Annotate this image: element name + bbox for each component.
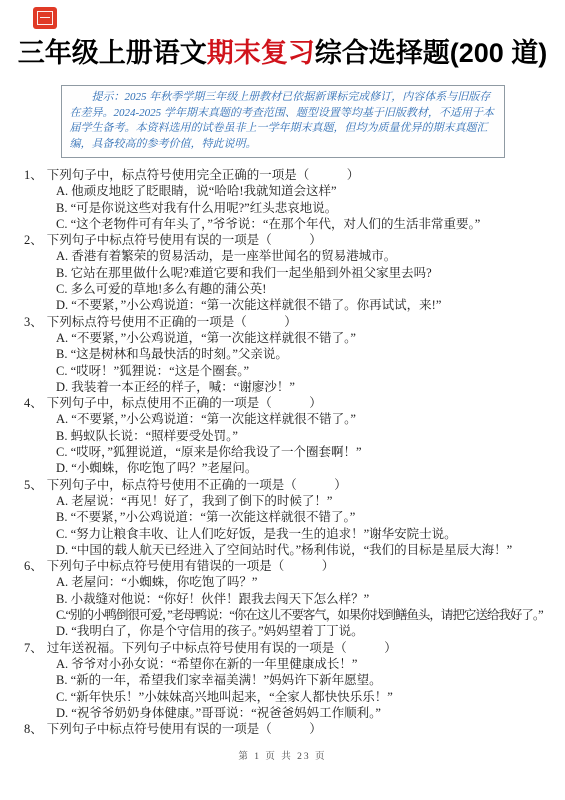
title-suffix: 综合选择题(200 道) bbox=[315, 38, 548, 68]
question-stem: 5、下列句子中，标点符号使用不正确的一项是（ ） bbox=[24, 477, 551, 493]
page-footer: 第 1 页 共 23 页 bbox=[0, 748, 565, 762]
title-prefix: 三年级上册语文 bbox=[18, 38, 207, 68]
answer-option: A. “不要紧，”小公鸡说道：“第一次能这样就很不错了。” bbox=[24, 411, 551, 427]
answer-option: C. “新年快乐！”小妹妹高兴地叫起来，“全家人都快快乐乐！” bbox=[24, 689, 551, 705]
question-block: 8、下列句子中标点符号使用有误的一项是（ ） bbox=[24, 721, 551, 737]
answer-option: B. “这是树林和鸟最快活的时刻。”父亲说。 bbox=[24, 346, 551, 362]
question-list: 1、下列句子中，标点符号使用完全正确的一项是（ ） A. 他顽皮地眨了眨眼睛，说… bbox=[24, 167, 551, 737]
question-stem: 1、下列句子中，标点符号使用完全正确的一项是（ ） bbox=[24, 167, 551, 183]
answer-option: D. “中国的载人航天已经进入了空间站时代。”杨利伟说，“我们的目标是星辰大海！… bbox=[24, 542, 551, 558]
question-block: 2、下列句子中标点符号使用有误的一项是（ ） A. 香港有着繁荣的贸易活动，是一… bbox=[24, 232, 551, 313]
question-stem: 2、下列句子中标点符号使用有误的一项是（ ） bbox=[24, 232, 551, 248]
answer-option: D. “不要紧，”小公鸡说道：“第一次能这样就很不错了。你再试试，来!” bbox=[24, 297, 551, 313]
answer-option: A. “不要紧，”小公鸡说道，“第一次能这样就很不错了。” bbox=[24, 330, 551, 346]
question-stem: 6、下列句子中标点符号使用有错误的一项是（ ） bbox=[24, 558, 551, 574]
question-stem: 7、过年送祝福。下列句子中标点符号使用有误的一项是（ ） bbox=[24, 640, 551, 656]
answer-option: B. “不要紧，”小公鸡说道：“第一次能这样就很不错了。” bbox=[24, 509, 551, 525]
answer-option: C. “哎呀，”狐狸说道，“原来是你给我设了一个圈套啊！” bbox=[24, 444, 551, 460]
answer-option: D. “祝爷爷奶奶身体健康。”哥哥说：“祝爸爸妈妈工作顺利。” bbox=[24, 705, 551, 721]
title-highlight: 期末复习 bbox=[207, 38, 315, 68]
question-block: 4、下列句子中，标点使用不正确的一项是（ ） A. “不要紧，”小公鸡说道：“第… bbox=[24, 395, 551, 476]
question-options: A. 爷爷对小孙女说：“希望你在新的一年里健康成长！”B. “新的一年，希望我们… bbox=[24, 656, 551, 721]
question-text: 下列标点符号使用不正确的一项是（ ） bbox=[47, 315, 297, 329]
question-text: 下列句子中，标点使用不正确的一项是（ ） bbox=[47, 396, 322, 410]
question-text: 下列句子中标点符号使用有错误的一项是（ ） bbox=[47, 559, 335, 573]
question-block: 1、下列句子中，标点符号使用完全正确的一项是（ ） A. 他顽皮地眨了眨眼睛，说… bbox=[24, 167, 551, 232]
question-options: A. “不要紧，”小公鸡说道：“第一次能这样就很不错了。”B. 蚂蚁队长说：“照… bbox=[24, 411, 551, 476]
question-number: 5、 bbox=[24, 478, 43, 492]
answer-option: B. 小裁缝对他说：“你好！伙伴！跟我去闯天下怎么样？” bbox=[24, 591, 551, 607]
answer-option: B. “新的一年，希望我们家幸福美满！”妈妈许下新年愿望。 bbox=[24, 672, 551, 688]
answer-option: B. 它站在那里做什么呢?难道它要和我们一起坐船到外祖父家里去吗? bbox=[24, 265, 551, 281]
question-text: 下列句子中标点符号使用有误的一项是（ ） bbox=[47, 233, 322, 247]
question-number: 4、 bbox=[24, 396, 43, 410]
worksheet-page: 三年级上册语文期末复习综合选择题(200 道) 提示：2025 年秋季学期三年级… bbox=[0, 38, 565, 762]
question-number: 2、 bbox=[24, 233, 43, 247]
seal-glyph-icon bbox=[37, 11, 53, 25]
answer-option: A. 老屋问：“小蜘蛛，你吃饱了吗？” bbox=[24, 574, 551, 590]
question-options: A. 老屋问：“小蜘蛛，你吃饱了吗？”B. 小裁缝对他说：“你好！伙伴！跟我去闯… bbox=[24, 574, 551, 639]
question-number: 1、 bbox=[24, 168, 43, 182]
notice-box: 提示：2025 年秋季学期三年级上册教材已依据新课标完成修订，内容体系与旧版存在… bbox=[61, 85, 505, 158]
question-options: A. 香港有着繁荣的贸易活动，是一座举世闻名的贸易港城市。B. 它站在那里做什么… bbox=[24, 248, 551, 313]
answer-option: A. 香港有着繁荣的贸易活动，是一座举世闻名的贸易港城市。 bbox=[24, 248, 551, 264]
question-number: 8、 bbox=[24, 722, 43, 736]
question-number: 7、 bbox=[24, 641, 43, 655]
question-stem: 8、下列句子中标点符号使用有误的一项是（ ） bbox=[24, 721, 551, 737]
answer-option: C.“别的小鸭倒很可爱，”老母鸭说：“你在这儿不要客气，如果你找到鳝鱼头，请把它… bbox=[24, 607, 551, 623]
answer-option: D. “小蜘蛛，你吃饱了吗？”老屋问。 bbox=[24, 460, 551, 476]
answer-option: C. “努力让粮食丰收、让人们吃好饭，是我一生的追求！”谢华安院士说。 bbox=[24, 526, 551, 542]
question-text: 下列句子中，标点符号使用完全正确的一项是（ ） bbox=[47, 168, 360, 182]
question-number: 3、 bbox=[24, 315, 43, 329]
question-stem: 4、下列句子中，标点使用不正确的一项是（ ） bbox=[24, 395, 551, 411]
answer-option: C. “这个老物件可有年头了，”爷爷说：“在那个年代，对人们的生活非常重要。” bbox=[24, 216, 551, 232]
answer-option: B. “可是你说这些对我有什么用呢?”红头悲哀地说。 bbox=[24, 200, 551, 216]
question-text: 下列句子中，标点符号使用不正确的一项是（ ） bbox=[47, 478, 347, 492]
answer-option: A. 他顽皮地眨了眨眼睛，说“哈哈!我就知道会这样” bbox=[24, 183, 551, 199]
question-stem: 3、下列标点符号使用不正确的一项是（ ） bbox=[24, 314, 551, 330]
question-block: 6、下列句子中标点符号使用有错误的一项是（ ） A. 老屋问：“小蜘蛛，你吃饱了… bbox=[24, 558, 551, 639]
answer-option: B. 蚂蚁队长说：“照样要受处罚。” bbox=[24, 428, 551, 444]
answer-option: D. 我装着一本正经的样子，喊：“谢廖沙！” bbox=[24, 379, 551, 395]
question-options: A. 老屋说：“再见！好了，我到了倒下的时候了！”B. “不要紧，”小公鸡说道：… bbox=[24, 493, 551, 558]
notice-text: 提示：2025 年秋季学期三年级上册教材已依据新课标完成修订，内容体系与旧版存在… bbox=[70, 90, 496, 152]
answer-option: D. “我明白了，你是个守信用的孩子。”妈妈望着丁丁说。 bbox=[24, 623, 551, 639]
question-number: 6、 bbox=[24, 559, 43, 573]
answer-option: C. “哎呀！”狐狸说：“这是个圈套。” bbox=[24, 363, 551, 379]
brand-seal-logo bbox=[33, 7, 57, 29]
page-title: 三年级上册语文期末复习综合选择题(200 道) bbox=[6, 38, 559, 68]
question-text: 下列句子中标点符号使用有误的一项是（ ） bbox=[47, 722, 322, 736]
question-options: A. “不要紧，”小公鸡说道，“第一次能这样就很不错了。”B. “这是树林和鸟最… bbox=[24, 330, 551, 395]
question-options: A. 他顽皮地眨了眨眼睛，说“哈哈!我就知道会这样”B. “可是你说这些对我有什… bbox=[24, 183, 551, 232]
question-block: 5、下列句子中，标点符号使用不正确的一项是（ ） A. 老屋说：“再见！好了，我… bbox=[24, 477, 551, 558]
answer-option: C. 多么可爱的草地!多么有趣的蒲公英! bbox=[24, 281, 551, 297]
answer-option: A. 老屋说：“再见！好了，我到了倒下的时候了！” bbox=[24, 493, 551, 509]
answer-option: A. 爷爷对小孙女说：“希望你在新的一年里健康成长！” bbox=[24, 656, 551, 672]
question-block: 7、过年送祝福。下列句子中标点符号使用有误的一项是（ ） A. 爷爷对小孙女说：… bbox=[24, 640, 551, 721]
question-text: 过年送祝福。下列句子中标点符号使用有误的一项是（ ） bbox=[47, 641, 397, 655]
page-number: 第 1 页 共 23 页 bbox=[238, 752, 326, 762]
question-block: 3、下列标点符号使用不正确的一项是（ ） A. “不要紧，”小公鸡说道，“第一次… bbox=[24, 314, 551, 395]
